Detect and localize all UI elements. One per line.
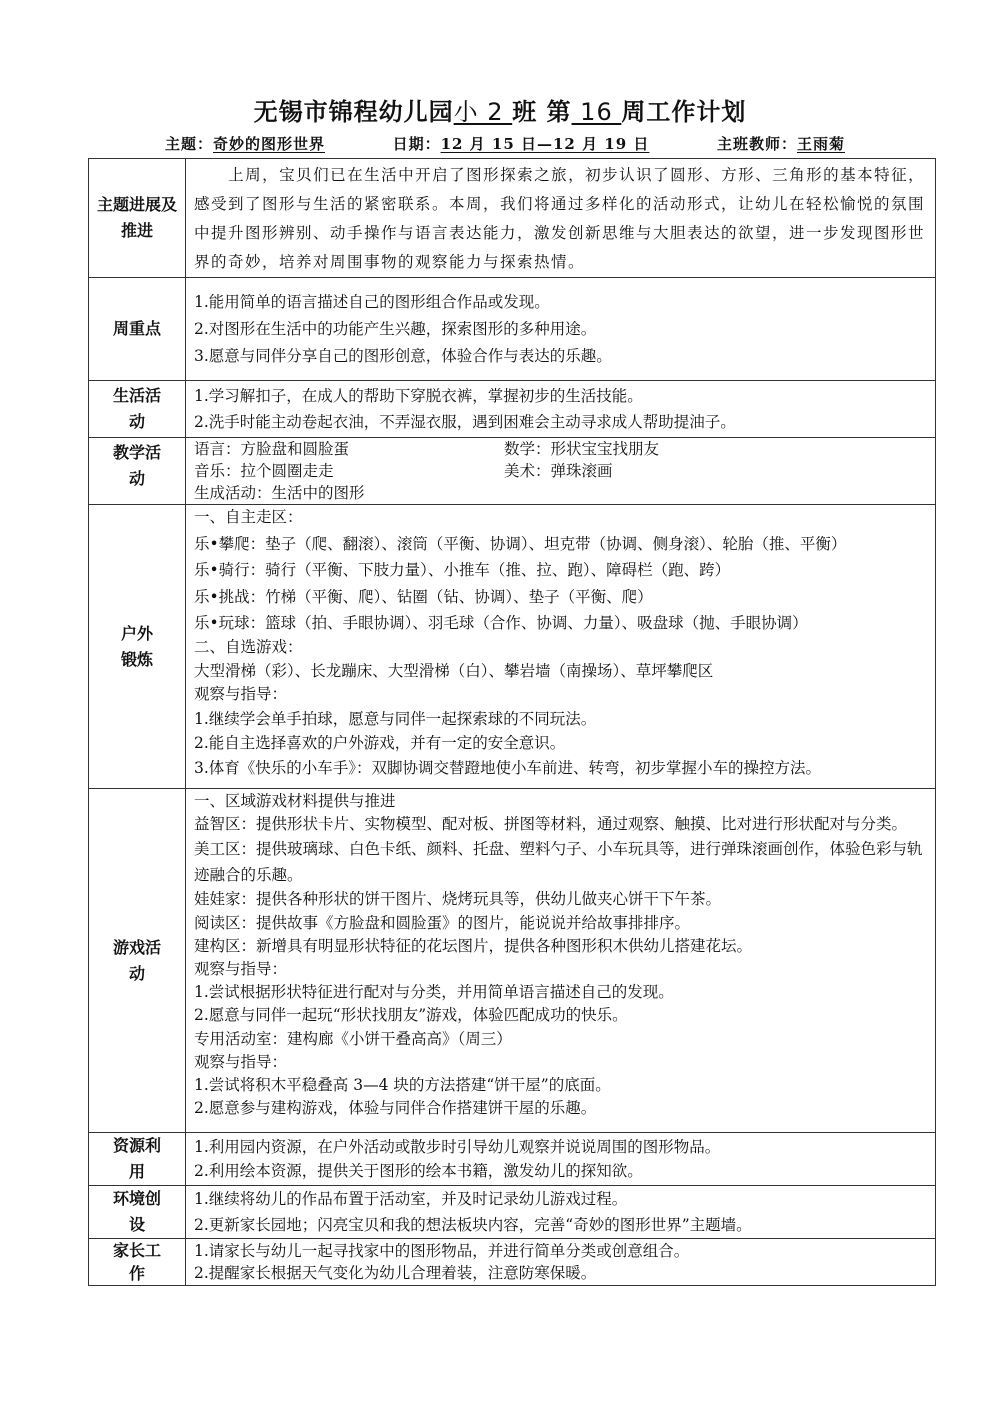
progress-text: 上周，宝贝们已在生活中开启了图形探索之旅，初步认识了圆形、方形、三角形的基本特征… (194, 159, 927, 277)
teacher-label: 主班教师： (717, 135, 797, 153)
row-label: 游戏活动 (89, 789, 186, 1133)
page-title: 无锡市锦程幼儿园小 2 班 第 16 周工作计划 (0, 92, 1000, 127)
row-games: 游戏活动 一、区域游戏材料提供与推进 益智区：提供形状卡片、实物模型、配对板、拼… (89, 789, 936, 1133)
title-suffix: 周工作计划 (621, 98, 746, 126)
teaching-line-1: 语言：方脸盘和圆脸蛋数学：形状宝宝找朋友 (194, 438, 927, 460)
list-item: 2.利用绘本资源，提供关于图形的绘本书籍，激发幼儿的探知欲。 (194, 1159, 927, 1183)
list-item: 娃娃家：提供各种形状的饼干图片、烧烤玩具等，供幼儿做夹心饼干下午茶。 (194, 888, 927, 911)
row-outdoor: 户外锻炼 一、自主走区： 乐•攀爬：垫子（爬、翻滚）、滚筒（平衡、协调）、坦克带… (89, 505, 936, 789)
list-item: 2.更新家长园地；闪亮宝贝和我的想法板块内容，完善“奇妙的图形世界”主题墙。 (194, 1212, 927, 1238)
teaching-music: 音乐：拉个圆圈走走 (194, 460, 504, 482)
list-item: 一、区域游戏材料提供与推进 (194, 790, 927, 813)
weekly-plan-table: 主题进展及推进 上周，宝贝们已在生活中开启了图形探索之旅，初步认识了圆形、方形、… (88, 158, 936, 1286)
list-item: 乐•挑战：竹梯（平衡、爬）、钻圈（钻、协调）、垫子（平衡、爬） (194, 586, 927, 610)
row-label: 周重点 (89, 278, 186, 381)
list-item: 一、自主走区： (194, 506, 927, 530)
teaching-generated: 生成活动：生活中的图形 (194, 482, 927, 504)
theme-value: 奇妙的图形世界 (213, 135, 325, 153)
row-parents: 家长工作 1.请家长与幼儿一起寻找家中的图形物品，并进行简单分类或创意组合。 2… (89, 1239, 936, 1286)
row-label: 资源利用 (89, 1133, 186, 1186)
list-item: 美工区：提供玻璃球、白色卡纸、颜料、托盘、塑料勺子、小车玩具等，进行弹珠滚画创作… (194, 836, 927, 888)
row-content: 1.利用园内资源，在户外活动或散步时引导幼儿观察并说说周围的图形物品。 2.利用… (186, 1133, 936, 1186)
date-value: 12 月 15 日—12 月 19 日 (441, 135, 650, 153)
row-label: 家长工作 (89, 1239, 186, 1286)
teaching-art: 美术：弹珠滚画 (504, 460, 814, 482)
list-item: 2.愿意参与建构游戏，体验与同伴合作搭建饼干屋的乐趣。 (194, 1097, 927, 1120)
list-item: 乐•骑行：骑行（平衡、下肢力量）、小推车（推、拉、跑）、障碍栏（跑、跨） (194, 559, 927, 583)
row-content: 上周，宝贝们已在生活中开启了图形探索之旅，初步认识了圆形、方形、三角形的基本特征… (186, 159, 936, 278)
list-item: 二、自选游戏： (194, 636, 927, 660)
row-content: 1.请家长与幼儿一起寻找家中的图形物品，并进行简单分类或创意组合。 2.提醒家长… (186, 1239, 936, 1286)
teaching-math: 数学：形状宝宝找朋友 (504, 438, 814, 460)
list-item: 2.洗手时能主动卷起衣油，不弄湿衣服，遇到困难会主动寻求成人帮助提油子。 (194, 409, 927, 435)
week-number: 16 (572, 98, 622, 126)
row-label: 主题进展及推进 (89, 159, 186, 278)
list-item: 3.体育《快乐的小车手》：双脚协调交替蹬地使小车前进、转弯，初步掌握小车的操控方… (194, 757, 927, 781)
row-life: 生活活动 1.学习解扣子，在成人的帮助下穿脱衣裤，掌握初步的生活技能。 2.洗手… (89, 381, 936, 438)
list-item: 1.继续将幼儿的作品布置于活动室，并及时记录幼儿游戏过程。 (194, 1186, 927, 1212)
list-item: 1.继续学会单手拍球，愿意与同伴一起探索球的不同玩法。 (194, 708, 927, 732)
theme-field: 主题：奇妙的图形世界 (165, 133, 325, 154)
list-item: 1.利用园内资源，在户外活动或散步时引导幼儿观察并说说周围的图形物品。 (194, 1135, 927, 1159)
list-item: 乐•攀爬：垫子（爬、翻滚）、滚筒（平衡、协调）、坦克带（协调、侧身滚）、轮胎（推… (194, 533, 927, 557)
row-content: 一、区域游戏材料提供与推进 益智区：提供形状卡片、实物模型、配对板、拼图等材料，… (186, 789, 936, 1133)
list-item: 3.愿意与同伴分享自己的图形创意，体验合作与表达的乐趣。 (194, 343, 927, 370)
row-content: 1.学习解扣子，在成人的帮助下穿脱衣裤，掌握初步的生活技能。 2.洗手时能主动卷… (186, 381, 936, 438)
row-content: 语言：方脸盘和圆脸蛋数学：形状宝宝找朋友 音乐：拉个圆圈走走美术：弹珠滚画 生成… (186, 438, 936, 505)
list-item: 观察与指导： (194, 958, 927, 981)
list-item: 大型滑梯（彩）、长龙蹦床、大型滑梯（白）、攀岩墙（南操场）、草坪攀爬区 (194, 660, 927, 684)
list-item: 阅读区：提供故事《方脸盘和圆脸蛋》的图片，能说说并给故事排排序。 (194, 912, 927, 935)
list-item: 1.尝试将积木平稳叠高 3—4 块的方法搭建“饼干屋”的底面。 (194, 1074, 927, 1097)
list-item: 建构区：新增具有明显形状特征的花坛图片，提供各种图形积木供幼儿搭建花坛。 (194, 935, 927, 958)
date-label: 日期： (393, 135, 441, 153)
teacher-value: 王雨菊 (797, 135, 845, 153)
class-name: 小 2 (454, 98, 513, 126)
row-label: 生活活动 (89, 381, 186, 438)
row-label: 环境创设 (89, 1186, 186, 1239)
list-item: 2.提醒家长根据天气变化为幼儿合理着装，注意防寒保暖。 (194, 1262, 927, 1284)
row-content: 1.能用简单的语言描述自己的图形组合作品或发现。 2.对图形在生活中的功能产生兴… (186, 278, 936, 381)
row-environment: 环境创设 1.继续将幼儿的作品布置于活动室，并及时记录幼儿游戏过程。 2.更新家… (89, 1186, 936, 1239)
list-item: 益智区：提供形状卡片、实物模型、配对板、拼图等材料，通过观察、触摸、比对进行形状… (194, 813, 927, 836)
list-item: 1.尝试根据形状特征进行配对与分类，并用简单语言描述自己的发现。 (194, 981, 927, 1004)
list-item: 1.学习解扣子，在成人的帮助下穿脱衣裤，掌握初步的生活技能。 (194, 383, 927, 409)
row-label: 教学活动 (89, 438, 186, 505)
list-item: 1.能用简单的语言描述自己的图形组合作品或发现。 (194, 289, 927, 316)
list-item: 2.对图形在生活中的功能产生兴趣，探索图形的多种用途。 (194, 316, 927, 343)
row-label: 户外锻炼 (89, 505, 186, 789)
list-item: 1.请家长与幼儿一起寻找家中的图形物品，并进行简单分类或创意组合。 (194, 1240, 927, 1262)
teaching-line-2: 音乐：拉个圆圈走走美术：弹珠滚画 (194, 460, 927, 482)
theme-label: 主题： (165, 135, 213, 153)
list-item: 乐•玩球：篮球（拍、手眼协调）、羽毛球（合作、协调、力量）、吸盘球（抛、手眼协调… (194, 612, 927, 636)
row-resources: 资源利用 1.利用园内资源，在户外活动或散步时引导幼儿观察并说说周围的图形物品。… (89, 1133, 936, 1186)
teaching-language: 语言：方脸盘和圆脸蛋 (194, 438, 504, 460)
row-content: 1.继续将幼儿的作品布置于活动室，并及时记录幼儿游戏过程。 2.更新家长园地；闪… (186, 1186, 936, 1239)
teacher-field: 主班教师：王雨菊 (717, 133, 845, 154)
row-teaching: 教学活动 语言：方脸盘和圆脸蛋数学：形状宝宝找朋友 音乐：拉个圆圈走走美术：弹珠… (89, 438, 936, 505)
list-item: 观察与指导： (194, 683, 927, 707)
list-item: 观察与指导： (194, 1051, 927, 1074)
class-suffix: 班 第 (512, 98, 571, 126)
list-item: 2.愿意与同伴一起玩“形状找朋友”游戏，体验匹配成功的快乐。 (194, 1004, 927, 1027)
row-focus: 周重点 1.能用简单的语言描述自己的图形组合作品或发现。 2.对图形在生活中的功… (89, 278, 936, 381)
row-content: 一、自主走区： 乐•攀爬：垫子（爬、翻滚）、滚筒（平衡、协调）、坦克带（协调、侧… (186, 505, 936, 789)
row-progress: 主题进展及推进 上周，宝贝们已在生活中开启了图形探索之旅，初步认识了圆形、方形、… (89, 159, 936, 278)
list-item: 专用活动室：建构廊《小饼干叠高高》（周三） (194, 1028, 927, 1051)
plan-meta: 主题：奇妙的图形世界 日期：12 月 15 日—12 月 19 日 主班教师：王… (165, 133, 845, 154)
list-item: 2.能自主选择喜欢的户外游戏，并有一定的安全意识。 (194, 732, 927, 756)
school-name: 无锡市锦程幼儿园 (254, 98, 454, 126)
date-field: 日期：12 月 15 日—12 月 19 日 (393, 133, 650, 154)
